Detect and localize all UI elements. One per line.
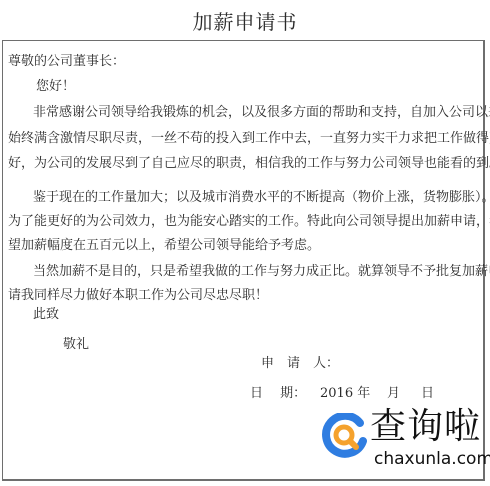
paragraph-3-line-1: 当然加薪不是目的，只是希望我做的工作与努力成正比。就算领导不予批复加薪申 bbox=[33, 260, 490, 279]
paragraph-1-line-1: 非常感谢公司领导给我锻炼的机会，以及很多方面的帮助和支持，自加入公司以来， bbox=[33, 101, 490, 120]
closing-ci-zhi: 此致 bbox=[33, 303, 59, 322]
date-label: 日 期： bbox=[250, 382, 306, 401]
date-day: 日 bbox=[421, 382, 434, 401]
magnifier-logo-icon bbox=[322, 413, 368, 459]
date-month: 月 bbox=[387, 382, 400, 401]
paragraph-3-line-2: 请我同样尽力做好本职工作为公司尽忠尽职！ bbox=[8, 284, 268, 303]
paragraph-2-line-2: 为了能更好的为公司效力，也为能安心踏实的工作。特此向公司领导提出加薪申请，希 bbox=[8, 210, 490, 229]
closing-jing-li: 敬礼 bbox=[63, 333, 89, 352]
watermark-logo: 查询啦 chaxunla.com bbox=[320, 405, 485, 475]
paragraph-2-line-3: 望加薪幅度在五百元以上，希望公司领导能给予考虑。 bbox=[8, 234, 320, 253]
paragraph-1-line-3: 好，为公司的发展尽到了自己应尽的职责，相信我的工作与努力公司领导也能看的到。 bbox=[8, 152, 490, 171]
watermark-domain: chaxunla.com bbox=[374, 449, 490, 469]
document-title: 加薪申请书 bbox=[0, 6, 490, 35]
watermark-name: 查询啦 bbox=[370, 405, 481, 449]
paragraph-2-line-1: 鉴于现在的工作量加大；以及城市消费水平的不断提高（物价上涨，货物膨胀）。 bbox=[33, 186, 490, 205]
greeting: 您好！ bbox=[36, 75, 75, 94]
salutation: 尊敬的公司董事长： bbox=[8, 50, 125, 69]
paragraph-1-line-2: 始终满含激情尽职尽责，一丝不苟的投入到工作中去，一直努力实干力求把工作做得更 bbox=[8, 127, 490, 146]
applicant-label: 申 请 人： bbox=[261, 352, 339, 371]
date-year: 2016 年 bbox=[320, 382, 370, 401]
